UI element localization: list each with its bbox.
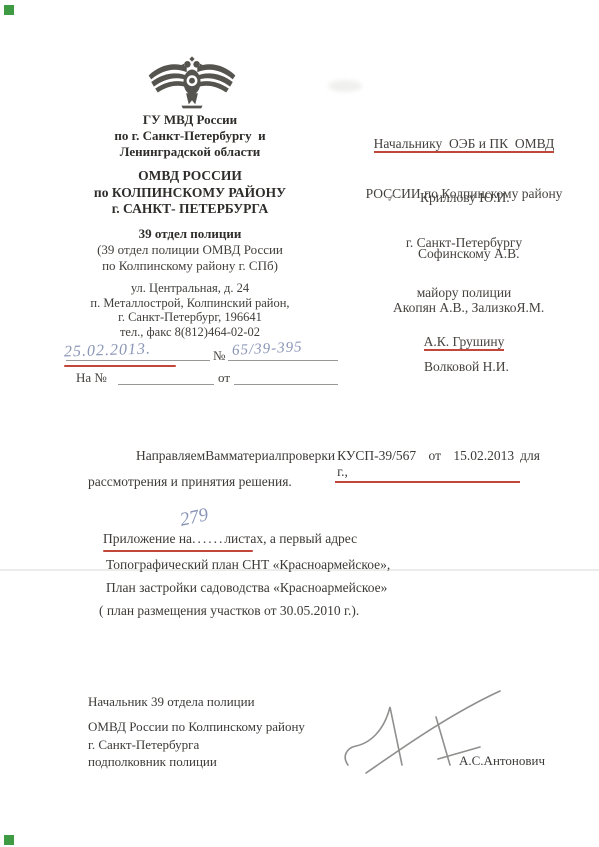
handwritten-sheet-count: 279 bbox=[178, 504, 210, 531]
reply-number-label: На № bbox=[76, 370, 107, 386]
attachment-suffix: листах, а первый адрес bbox=[224, 531, 357, 546]
scanned-letter-page: ГУ МВД России по г. Санкт-Петербургу и Л… bbox=[0, 0, 599, 847]
scan-mark-green-top bbox=[4, 5, 14, 15]
handwritten-date: 25.02.2013. bbox=[64, 340, 152, 361]
addressee-line: А.К. Грушину bbox=[338, 334, 590, 351]
reply-from-label: от bbox=[218, 370, 230, 386]
division-line: ОМВД РОССИИ bbox=[58, 168, 322, 185]
addressee-line: майору полиции bbox=[338, 285, 590, 302]
mvd-eagle-emblem-icon bbox=[146, 54, 238, 114]
addressee-block: Начальнику ОЭБ и ПК ОМВД РОССИИ по Колпи… bbox=[338, 103, 590, 384]
addressee-line-underlined: Начальнику ОЭБ и ПК ОМВД bbox=[374, 136, 555, 153]
addressee-name-underlined: А.К. Грушину bbox=[424, 334, 505, 351]
org-line: по г. Санкт-Петербургу и bbox=[58, 128, 322, 144]
scan-mark-green-bottom bbox=[4, 835, 14, 845]
handwritten-number: 65/39-395 bbox=[232, 339, 303, 360]
letterhead-org: ГУ МВД России по г. Санкт-Петербургу и Л… bbox=[58, 112, 322, 160]
date-blank-line bbox=[66, 360, 210, 361]
signer-org-line: ОМВД России по Колпинскому району bbox=[88, 718, 305, 736]
attachment-line2: Топографический план СНТ «Красноармейско… bbox=[106, 557, 390, 573]
signer-org-block: ОМВД России по Колпинскому району г. Сан… bbox=[88, 718, 305, 771]
number-blank-line bbox=[228, 360, 338, 361]
signer-name: А.С.Антонович bbox=[459, 753, 545, 769]
address-line: ул. Центральная, д. 24 bbox=[58, 281, 322, 296]
pencil-check-icon: ✓ bbox=[385, 189, 398, 206]
address-line: г. Санкт-Петербург, 196641 bbox=[58, 310, 322, 325]
reply-date-blank-line bbox=[234, 384, 338, 385]
address-line: тел., факс 8(812)464-02-02 bbox=[58, 325, 322, 340]
org-line: Ленинградской области bbox=[58, 144, 322, 160]
number-sign-label: № bbox=[213, 348, 225, 364]
scan-smudge bbox=[328, 80, 362, 92]
reply-number-blank-line bbox=[118, 384, 214, 385]
addressee-line: Начальнику ОЭБ и ПК ОМВД bbox=[338, 136, 590, 153]
body-word: для bbox=[520, 448, 540, 483]
org-line: ГУ МВД России bbox=[58, 112, 322, 128]
signer-org-line: г. Санкт-Петербурга bbox=[88, 736, 305, 754]
department-sub-line: по Колпинскому району г. СПб) bbox=[58, 258, 322, 274]
address-line: п. Металлострой, Колпинский район, bbox=[58, 296, 322, 311]
attachment-dots: ...... bbox=[192, 531, 224, 546]
signer-position-line: Начальник 39 отдела полиции bbox=[88, 694, 255, 710]
recipient-item: Софинскому А.В. bbox=[418, 246, 519, 262]
attachment-prefix: Приложение на bbox=[103, 531, 192, 546]
recipient-item: Акопян А.В., ЗализкоЯ.М. bbox=[393, 300, 544, 316]
attachment-line1: Приложение на......листах, а первый адре… bbox=[103, 531, 357, 547]
body-paragraph-line2: рассмотрения и принятия решения. bbox=[88, 474, 292, 490]
department-title: 39 отдел полиции bbox=[58, 226, 322, 242]
red-underline-date bbox=[64, 365, 176, 367]
division-line: по КОЛПИНСКОМУ РАЙОНУ bbox=[58, 185, 322, 202]
attachment-line4: ( план размещения участков от 30.05.2010… bbox=[99, 603, 359, 619]
recipient-item: Криллову Ю.И. bbox=[420, 190, 510, 206]
department-sub-line: (39 отдел полиции ОМВД России bbox=[58, 242, 322, 258]
division-line: г. САНКТ- ПЕТЕРБУРГА bbox=[58, 201, 322, 218]
attachment-line3: План застройки садоводства «Красноармейс… bbox=[106, 580, 387, 596]
department-subtitle: (39 отдел полиции ОМВД России по Колпинс… bbox=[58, 242, 322, 273]
letterhead-address: ул. Центральная, д. 24 п. Металлострой, … bbox=[58, 281, 322, 339]
letterhead-division: ОМВД РОССИИ по КОЛПИНСКОМУ РАЙОНУ г. САН… bbox=[58, 168, 322, 218]
recipient-item: Волковой Н.И. bbox=[424, 359, 509, 375]
kusp-reference-underlined: КУСП-39/567 от 15.02.2013 г., bbox=[335, 448, 520, 483]
signer-org-line: подполковник полиции bbox=[88, 753, 305, 771]
red-underline-attachment bbox=[103, 550, 253, 552]
